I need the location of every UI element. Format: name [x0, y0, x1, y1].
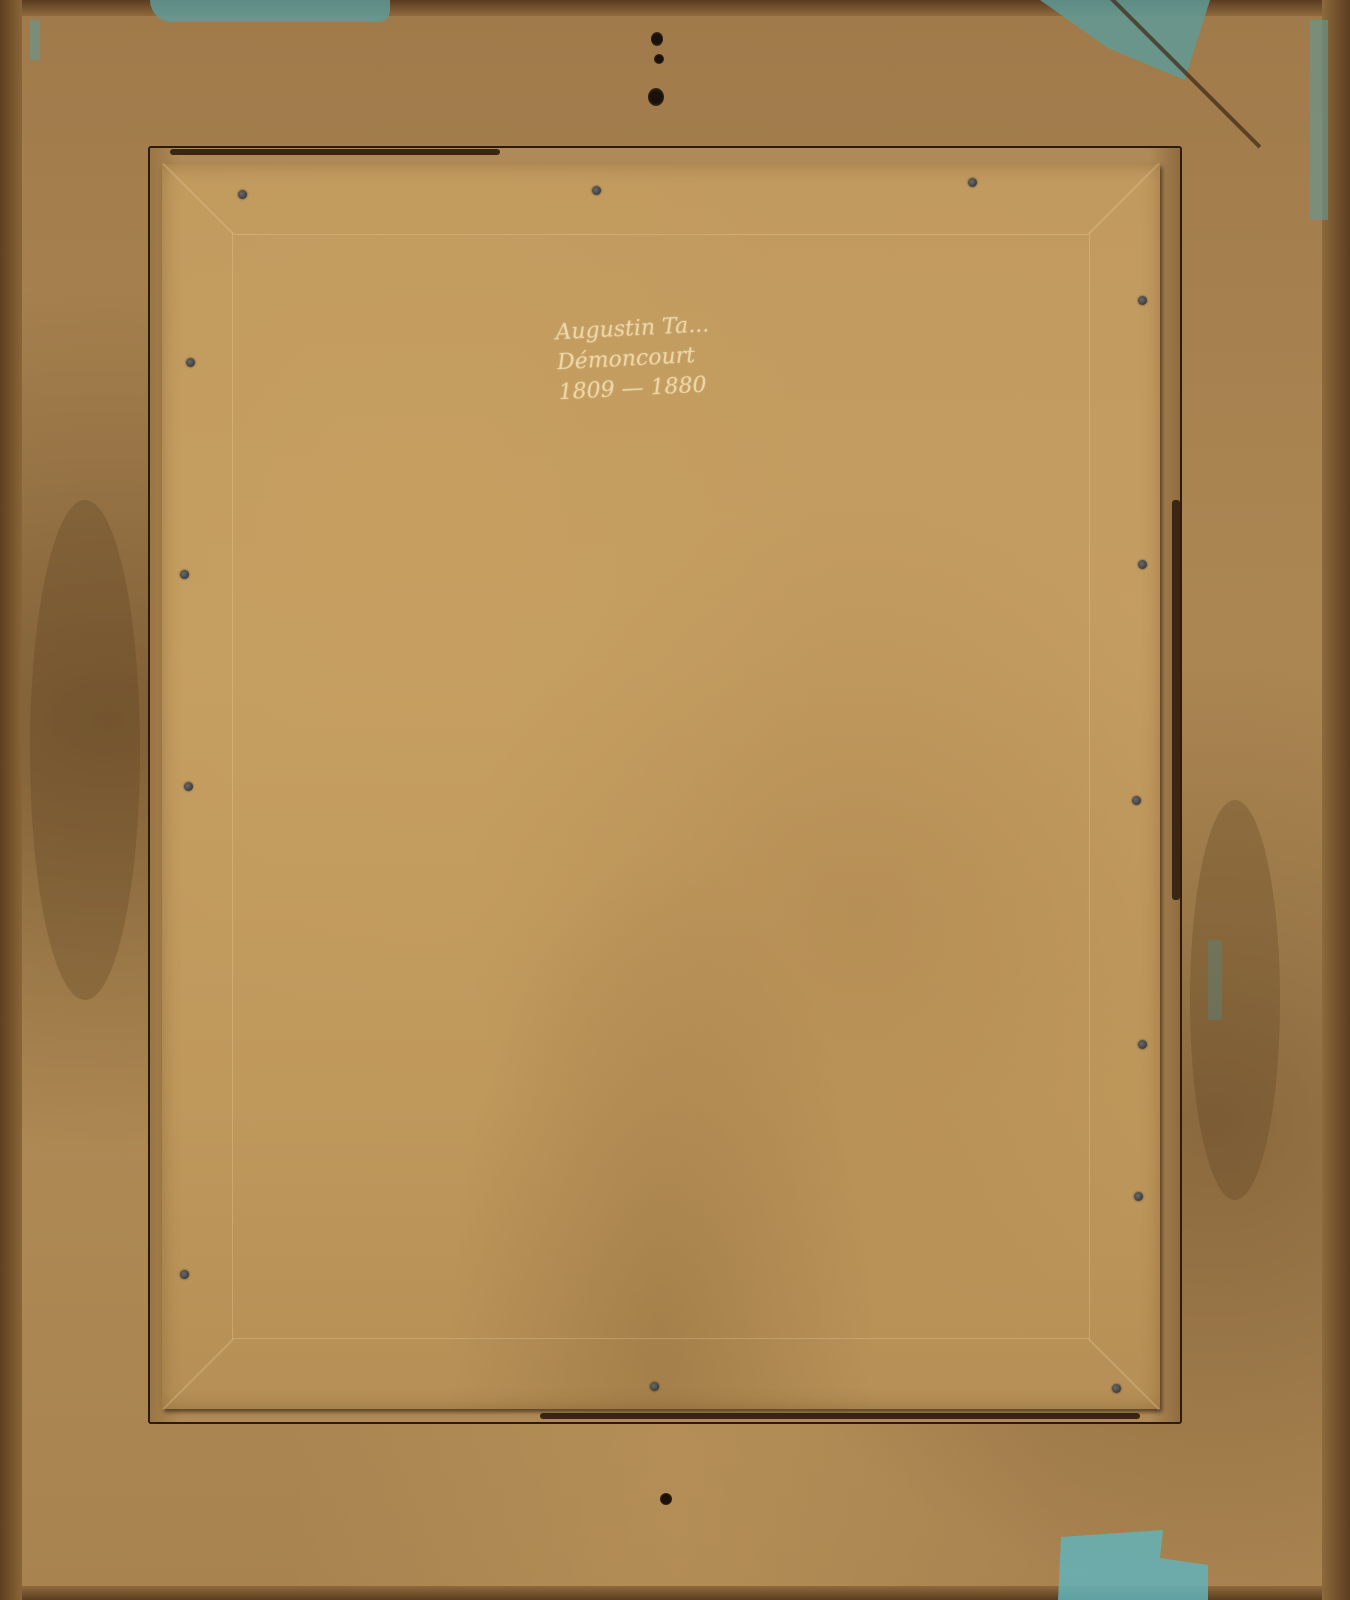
hanging-hole: [654, 54, 664, 64]
torn-paper-edge: [1172, 500, 1180, 900]
nail: [184, 782, 193, 791]
nail: [1134, 1192, 1143, 1201]
teal-paint-patch: [150, 0, 390, 22]
water-stain: [1190, 800, 1280, 1200]
picture-frame-back: Augustin Ta... Démoncourt 1809 — 1880: [0, 0, 1350, 1600]
frame-edge-right: [1322, 0, 1350, 1600]
hanging-hole: [660, 1493, 672, 1505]
teal-paint-patch: [30, 20, 40, 60]
nail: [1138, 1040, 1147, 1049]
nail: [238, 190, 247, 199]
panel-corner-crease: [162, 163, 234, 235]
water-stain: [30, 500, 140, 1000]
frame-edge-left: [0, 0, 22, 1600]
teal-paper-patch: [1058, 1530, 1208, 1600]
panel-corner-crease: [162, 1338, 234, 1410]
torn-paper-edge: [170, 149, 500, 155]
teal-paint-patch: [1310, 20, 1328, 220]
torn-paper-edge: [540, 1413, 1140, 1419]
nail: [1138, 560, 1147, 569]
nail: [180, 1270, 189, 1279]
nail: [1132, 796, 1141, 805]
nail: [180, 570, 189, 579]
panel-corner-crease: [1088, 163, 1160, 235]
backing-board: Augustin Ta... Démoncourt 1809 — 1880: [162, 164, 1160, 1409]
panel-corner-crease: [1088, 1338, 1160, 1410]
nail: [1112, 1384, 1121, 1393]
nail: [650, 1382, 659, 1391]
hanging-hole: [651, 32, 663, 46]
hanging-hole: [648, 88, 664, 106]
nail: [1138, 296, 1147, 305]
chalk-inscription: Augustin Ta... Démoncourt 1809 — 1880: [555, 306, 799, 408]
nail: [968, 178, 977, 187]
nail: [186, 358, 195, 367]
nail: [592, 186, 601, 195]
